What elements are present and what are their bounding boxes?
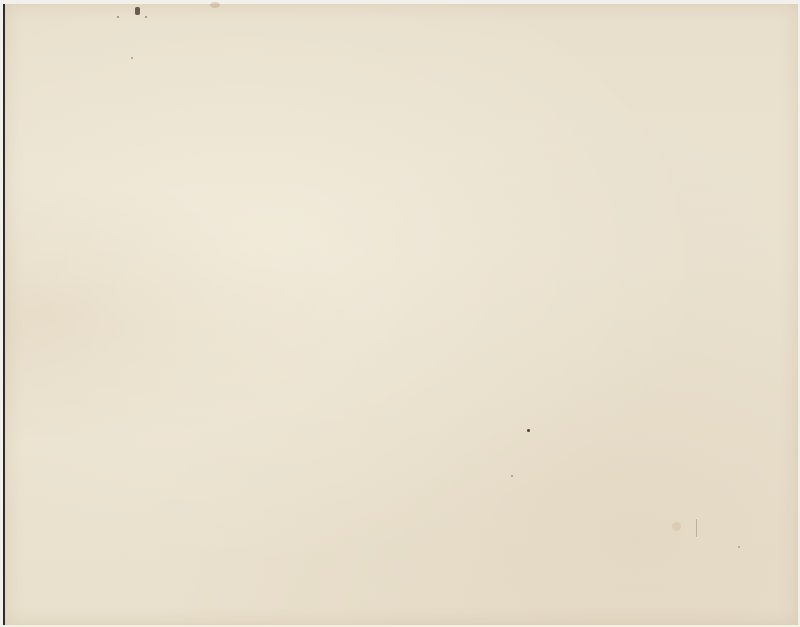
ink-smudge-mark	[135, 7, 140, 15]
speck-mark	[511, 475, 513, 477]
speck-mark	[738, 546, 740, 548]
speck-mark	[131, 57, 133, 59]
dark-speck-mark	[527, 429, 530, 432]
stain-mark	[672, 522, 681, 531]
speck-mark	[117, 16, 119, 18]
paper-card	[3, 4, 798, 625]
stain-mark	[210, 2, 220, 8]
speck-mark	[145, 16, 147, 18]
scratch-mark	[696, 519, 697, 537]
